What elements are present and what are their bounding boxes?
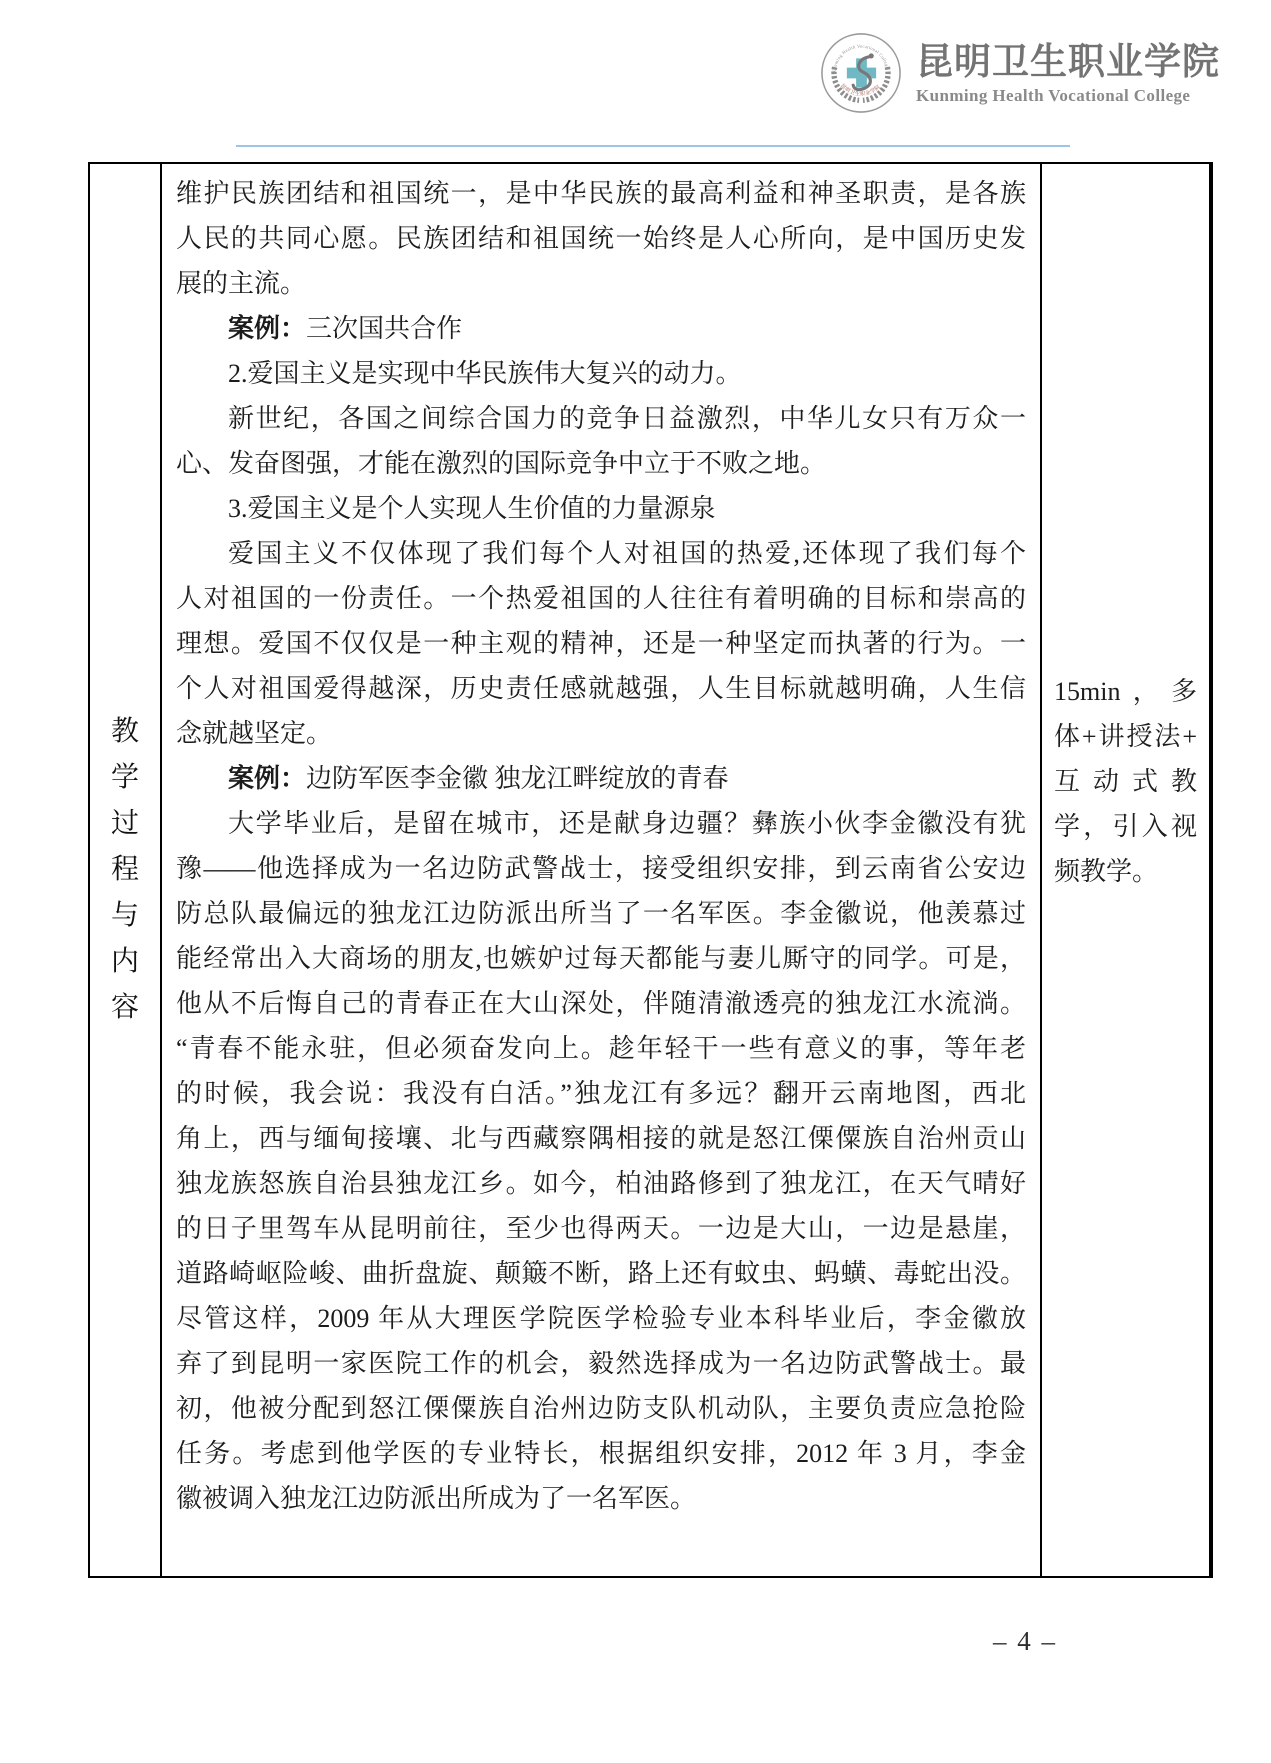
- content-line: 人民的共同心愿。民族团结和祖国统一始终是人心所向，是中国历史发: [176, 216, 1026, 261]
- lesson-plan-table: 教学过程与内容 维护民族团结和祖国统一，是中华民族的最高利益和神圣职责，是各族人…: [88, 162, 1213, 1578]
- content-line: 展的主流。: [176, 261, 1026, 306]
- content-line: 个人对祖国爱得越深，历史责任感就越强，人生目标就越明确，人生信: [176, 666, 1026, 711]
- content-line: 独龙族怒族自治县独龙江乡。如今，柏油路修到了独龙江，在天气晴好: [176, 1161, 1026, 1206]
- page-header: Kunming Health Vocational College 昆明卫生职业…: [820, 30, 1220, 116]
- content-line: 能经常出入大商场的朋友,也嫉妒过每天都能与妻儿厮守的同学。可是，: [176, 936, 1026, 981]
- method-line: 互动式教: [1054, 759, 1197, 804]
- content-line: 念就越坚定。: [176, 711, 1026, 756]
- content-line: 案例：三次国共合作: [176, 306, 1026, 351]
- text-run: 3.爱国主义是个人实现人生价值的力量源泉: [228, 494, 716, 523]
- method-line: 体+讲授法+: [1054, 714, 1197, 759]
- text-run: 边防军医李金徽 独龙江畔绽放的青春: [306, 764, 729, 793]
- content-line: 人对祖国的一份责任。一个热爱祖国的人往往有着明确的目标和崇高的: [176, 576, 1026, 621]
- content-line: 大学毕业后，是留在城市，还是献身边疆？彝族小伙李金徽没有犹: [176, 801, 1026, 846]
- text-run: 人民的共同心愿。民族团结和祖国统一始终是人心所向，是中国历史发: [176, 224, 1026, 253]
- content-line: 爱国主义不仅体现了我们每个人对祖国的热爱,还体现了我们每个: [176, 531, 1026, 576]
- text-run: 角上，西与缅甸接壤、北与西藏察隅相接的就是怒江傈僳族自治州贡山: [176, 1124, 1026, 1153]
- text-run: 频教学。: [1054, 857, 1158, 886]
- content-cell: 维护民族团结和祖国统一，是中华民族的最高利益和神圣职责，是各族人民的共同心愿。民…: [162, 164, 1042, 1576]
- college-brand: 昆明卫生职业学院 Kunming Health Vocational Colle…: [916, 40, 1220, 106]
- text-run: 道路崎岖险峻、曲折盘旋、颠簸不断，路上还有蚊虫、蚂蟥、毒蛇出没。: [176, 1259, 1026, 1288]
- content-line: 的日子里驾车从昆明前往，至少也得两天。一边是大山，一边是悬崖，: [176, 1206, 1026, 1251]
- text-run: 心、发奋图强，才能在激烈的国际竞争中立于不败之地。: [176, 449, 826, 478]
- content-line: 豫——他选择成为一名边防武警战士，接受组织安排，到云南省公安边: [176, 846, 1026, 891]
- method-text-block: 15min，多媒体+讲授法+互动式教学，引入视频教学。: [1042, 669, 1209, 894]
- document-page: { "header": { "college_name_zh": "昆明卫生职业…: [0, 0, 1271, 1763]
- text-run: 人对祖国的一份责任。一个热爱祖国的人往往有着明确的目标和崇高的: [176, 584, 1026, 613]
- text-run: 学，引入视: [1054, 812, 1197, 841]
- text-run: 的日子里驾车从昆明前往，至少也得两天。一边是大山，一边是悬崖，: [176, 1214, 1026, 1243]
- content-line: 心、发奋图强，才能在激烈的国际竞争中立于不败之地。: [176, 441, 1026, 486]
- row-label-char: 程: [111, 847, 139, 893]
- content-line: 弃了到昆明一家医院工作的机会，毅然选择成为一名边防武警战士。最: [176, 1341, 1026, 1386]
- text-run: 展的主流。: [176, 269, 306, 298]
- text-run: 15min，多媒: [1054, 677, 1197, 714]
- content-line: 案例：边防军医李金徽 独龙江畔绽放的青春: [176, 756, 1026, 801]
- content-line: 道路崎岖险峻、曲折盘旋、颠簸不断，路上还有蚊虫、蚂蟥、毒蛇出没。: [176, 1251, 1026, 1296]
- text-run: 尽管这样，2009 年从大理医学院医学检验专业本科毕业后，李金徽放: [176, 1304, 1026, 1333]
- row-label-char: 容: [111, 985, 139, 1031]
- college-name-en: Kunming Health Vocational College: [916, 86, 1220, 106]
- row-label-char: 教: [111, 709, 139, 755]
- text-run: 2.爱国主义是实现中华民族伟大复兴的动力。: [228, 359, 742, 388]
- text-run: 弃了到昆明一家医院工作的机会，毅然选择成为一名边防武警战士。最: [176, 1349, 1026, 1378]
- row-label-char: 内: [111, 939, 139, 985]
- method-line: 频教学。: [1054, 849, 1197, 894]
- text-run: 能经常出入大商场的朋友,也嫉妒过每天都能与妻儿厮守的同学。可是，: [176, 944, 1026, 973]
- text-run: 徽被调入独龙江边防派出所成为了一名军医。: [176, 1484, 696, 1513]
- text-run: 念就越坚定。: [176, 719, 332, 748]
- content-line: 理想。爱国不仅仅是一种主观的精神，还是一种坚定而执著的行为。一: [176, 621, 1026, 666]
- content-line: 维护民族团结和祖国统一，是中华民族的最高利益和神圣职责，是各族: [176, 171, 1026, 216]
- header-divider: [236, 145, 1070, 147]
- text-run: 他从不后悔自己的青春正在大山深处，伴随清澈透亮的独龙江水流淌。: [176, 989, 1026, 1018]
- row-label-char: 过: [111, 801, 139, 847]
- content-line: 3.爱国主义是个人实现人生价值的力量源泉: [176, 486, 1026, 531]
- content-line: 徽被调入独龙江边防派出所成为了一名军医。: [176, 1476, 1026, 1521]
- text-run: 维护民族团结和祖国统一，是中华民族的最高利益和神圣职责，是各族: [176, 179, 1026, 208]
- text-run: 爱国主义不仅体现了我们每个人对祖国的热爱,还体现了我们每个: [228, 539, 1026, 568]
- college-seal-icon: Kunming Health Vocational College 昆明卫生职业…: [820, 30, 902, 116]
- text-run: 初，他被分配到怒江傈僳族自治州边防支队机动队，主要负责应急抢险: [176, 1394, 1026, 1423]
- content-line: 任务。考虑到他学医的专业特长，根据组织安排，2012 年 3 月，李金: [176, 1431, 1026, 1476]
- text-run: “青春不能永驻，但必须奋发向上。趁年轻干一些有意义的事，等年老: [176, 1034, 1026, 1063]
- content-line: 2.爱国主义是实现中华民族伟大复兴的动力。: [176, 351, 1026, 396]
- text-run: 互动式教: [1054, 767, 1197, 796]
- text-run: 的时候，我会说：我没有白活。”独龙江有多远？翻开云南地图，西北: [176, 1079, 1026, 1108]
- method-line: 15min，多媒: [1054, 669, 1197, 714]
- row-label-cell: 教学过程与内容: [90, 164, 162, 1576]
- content-line: “青春不能永驻，但必须奋发向上。趁年轻干一些有意义的事，等年老: [176, 1026, 1026, 1071]
- content-line: 的时候，我会说：我没有白活。”独龙江有多远？翻开云南地图，西北: [176, 1071, 1026, 1116]
- text-run: 个人对祖国爱得越深，历史责任感就越强，人生目标就越明确，人生信: [176, 674, 1026, 703]
- case-label: 案例：: [228, 764, 306, 793]
- row-label-char: 与: [111, 893, 139, 939]
- content-line: 他从不后悔自己的青春正在大山深处，伴随清澈透亮的独龙江水流淌。: [176, 981, 1026, 1026]
- content-line: 防总队最偏远的独龙江边防派出所当了一名军医。李金徽说，他羡慕过: [176, 891, 1026, 936]
- case-label: 案例：: [228, 314, 306, 343]
- content-line: 角上，西与缅甸接壤、北与西藏察隅相接的就是怒江傈僳族自治州贡山: [176, 1116, 1026, 1161]
- text-run: 理想。爱国不仅仅是一种主观的精神，还是一种坚定而执著的行为。一: [176, 629, 1026, 658]
- content-line: 新世纪，各国之间综合国力的竞争日益激烈，中华儿女只有万众一: [176, 396, 1026, 441]
- content-line: 尽管这样，2009 年从大理医学院医学检验专业本科毕业后，李金徽放: [176, 1296, 1026, 1341]
- text-run: 体+讲授法+: [1054, 722, 1197, 751]
- text-run: 豫——他选择成为一名边防武警战士，接受组织安排，到云南省公安边: [176, 854, 1026, 883]
- text-run: 独龙族怒族自治县独龙江乡。如今，柏油路修到了独龙江，在天气晴好: [176, 1169, 1026, 1198]
- text-run: 三次国共合作: [306, 314, 462, 343]
- method-cell: 15min，多媒体+讲授法+互动式教学，引入视频教学。: [1042, 164, 1209, 1576]
- method-line: 学，引入视: [1054, 804, 1197, 849]
- row-label-char: 学: [111, 755, 139, 801]
- college-name-zh: 昆明卫生职业学院: [916, 40, 1220, 86]
- page-number: – 4 –: [965, 1626, 1085, 1657]
- text-run: 大学毕业后，是留在城市，还是献身边疆？彝族小伙李金徽没有犹: [228, 809, 1026, 838]
- content-line: 初，他被分配到怒江傈僳族自治州边防支队机动队，主要负责应急抢险: [176, 1386, 1026, 1431]
- text-run: 防总队最偏远的独龙江边防派出所当了一名军医。李金徽说，他羡慕过: [176, 899, 1026, 928]
- text-run: 任务。考虑到他学医的专业特长，根据组织安排，2012 年 3 月，李金: [176, 1439, 1026, 1468]
- text-run: 新世纪，各国之间综合国力的竞争日益激烈，中华儿女只有万众一: [228, 404, 1026, 433]
